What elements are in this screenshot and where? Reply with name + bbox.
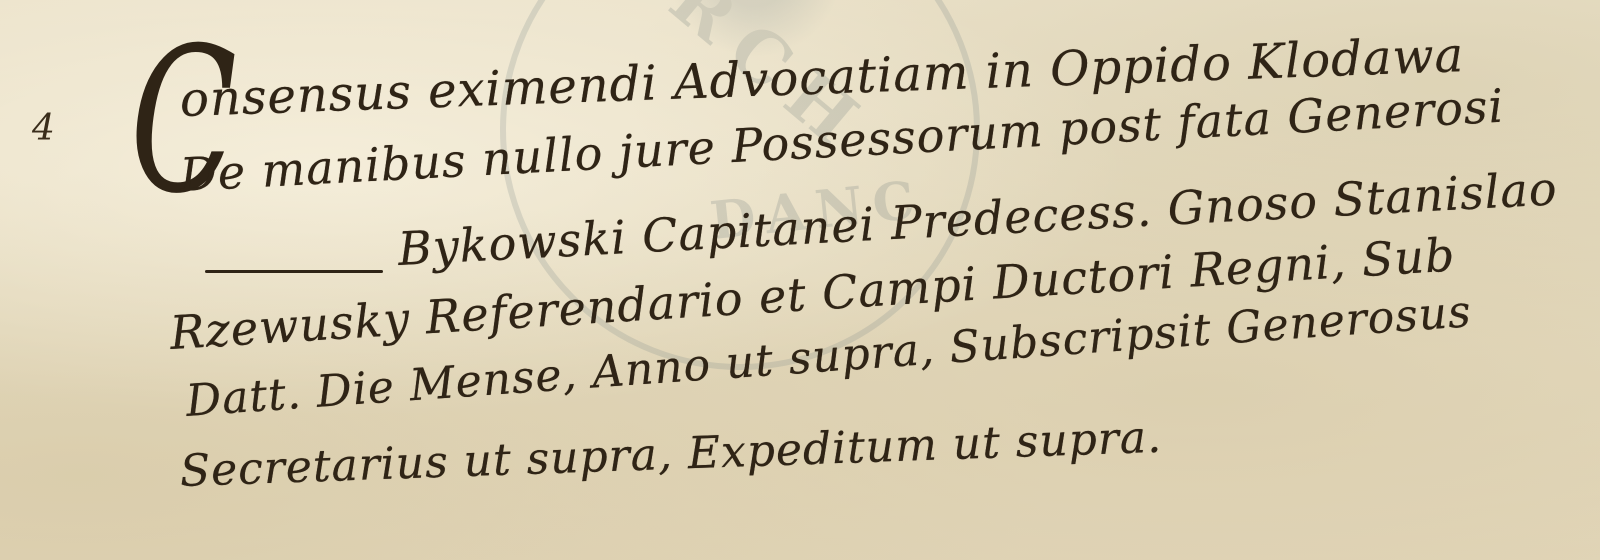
entry-number: 4 [32, 108, 55, 149]
manuscript-line-6: Secretarius ut supra, Expeditum ut supra… [179, 412, 1163, 497]
line-filler-dash [205, 270, 383, 273]
manuscript-page: ARCH DANC 4 C onsensus eximendi Advocati… [0, 0, 1600, 560]
